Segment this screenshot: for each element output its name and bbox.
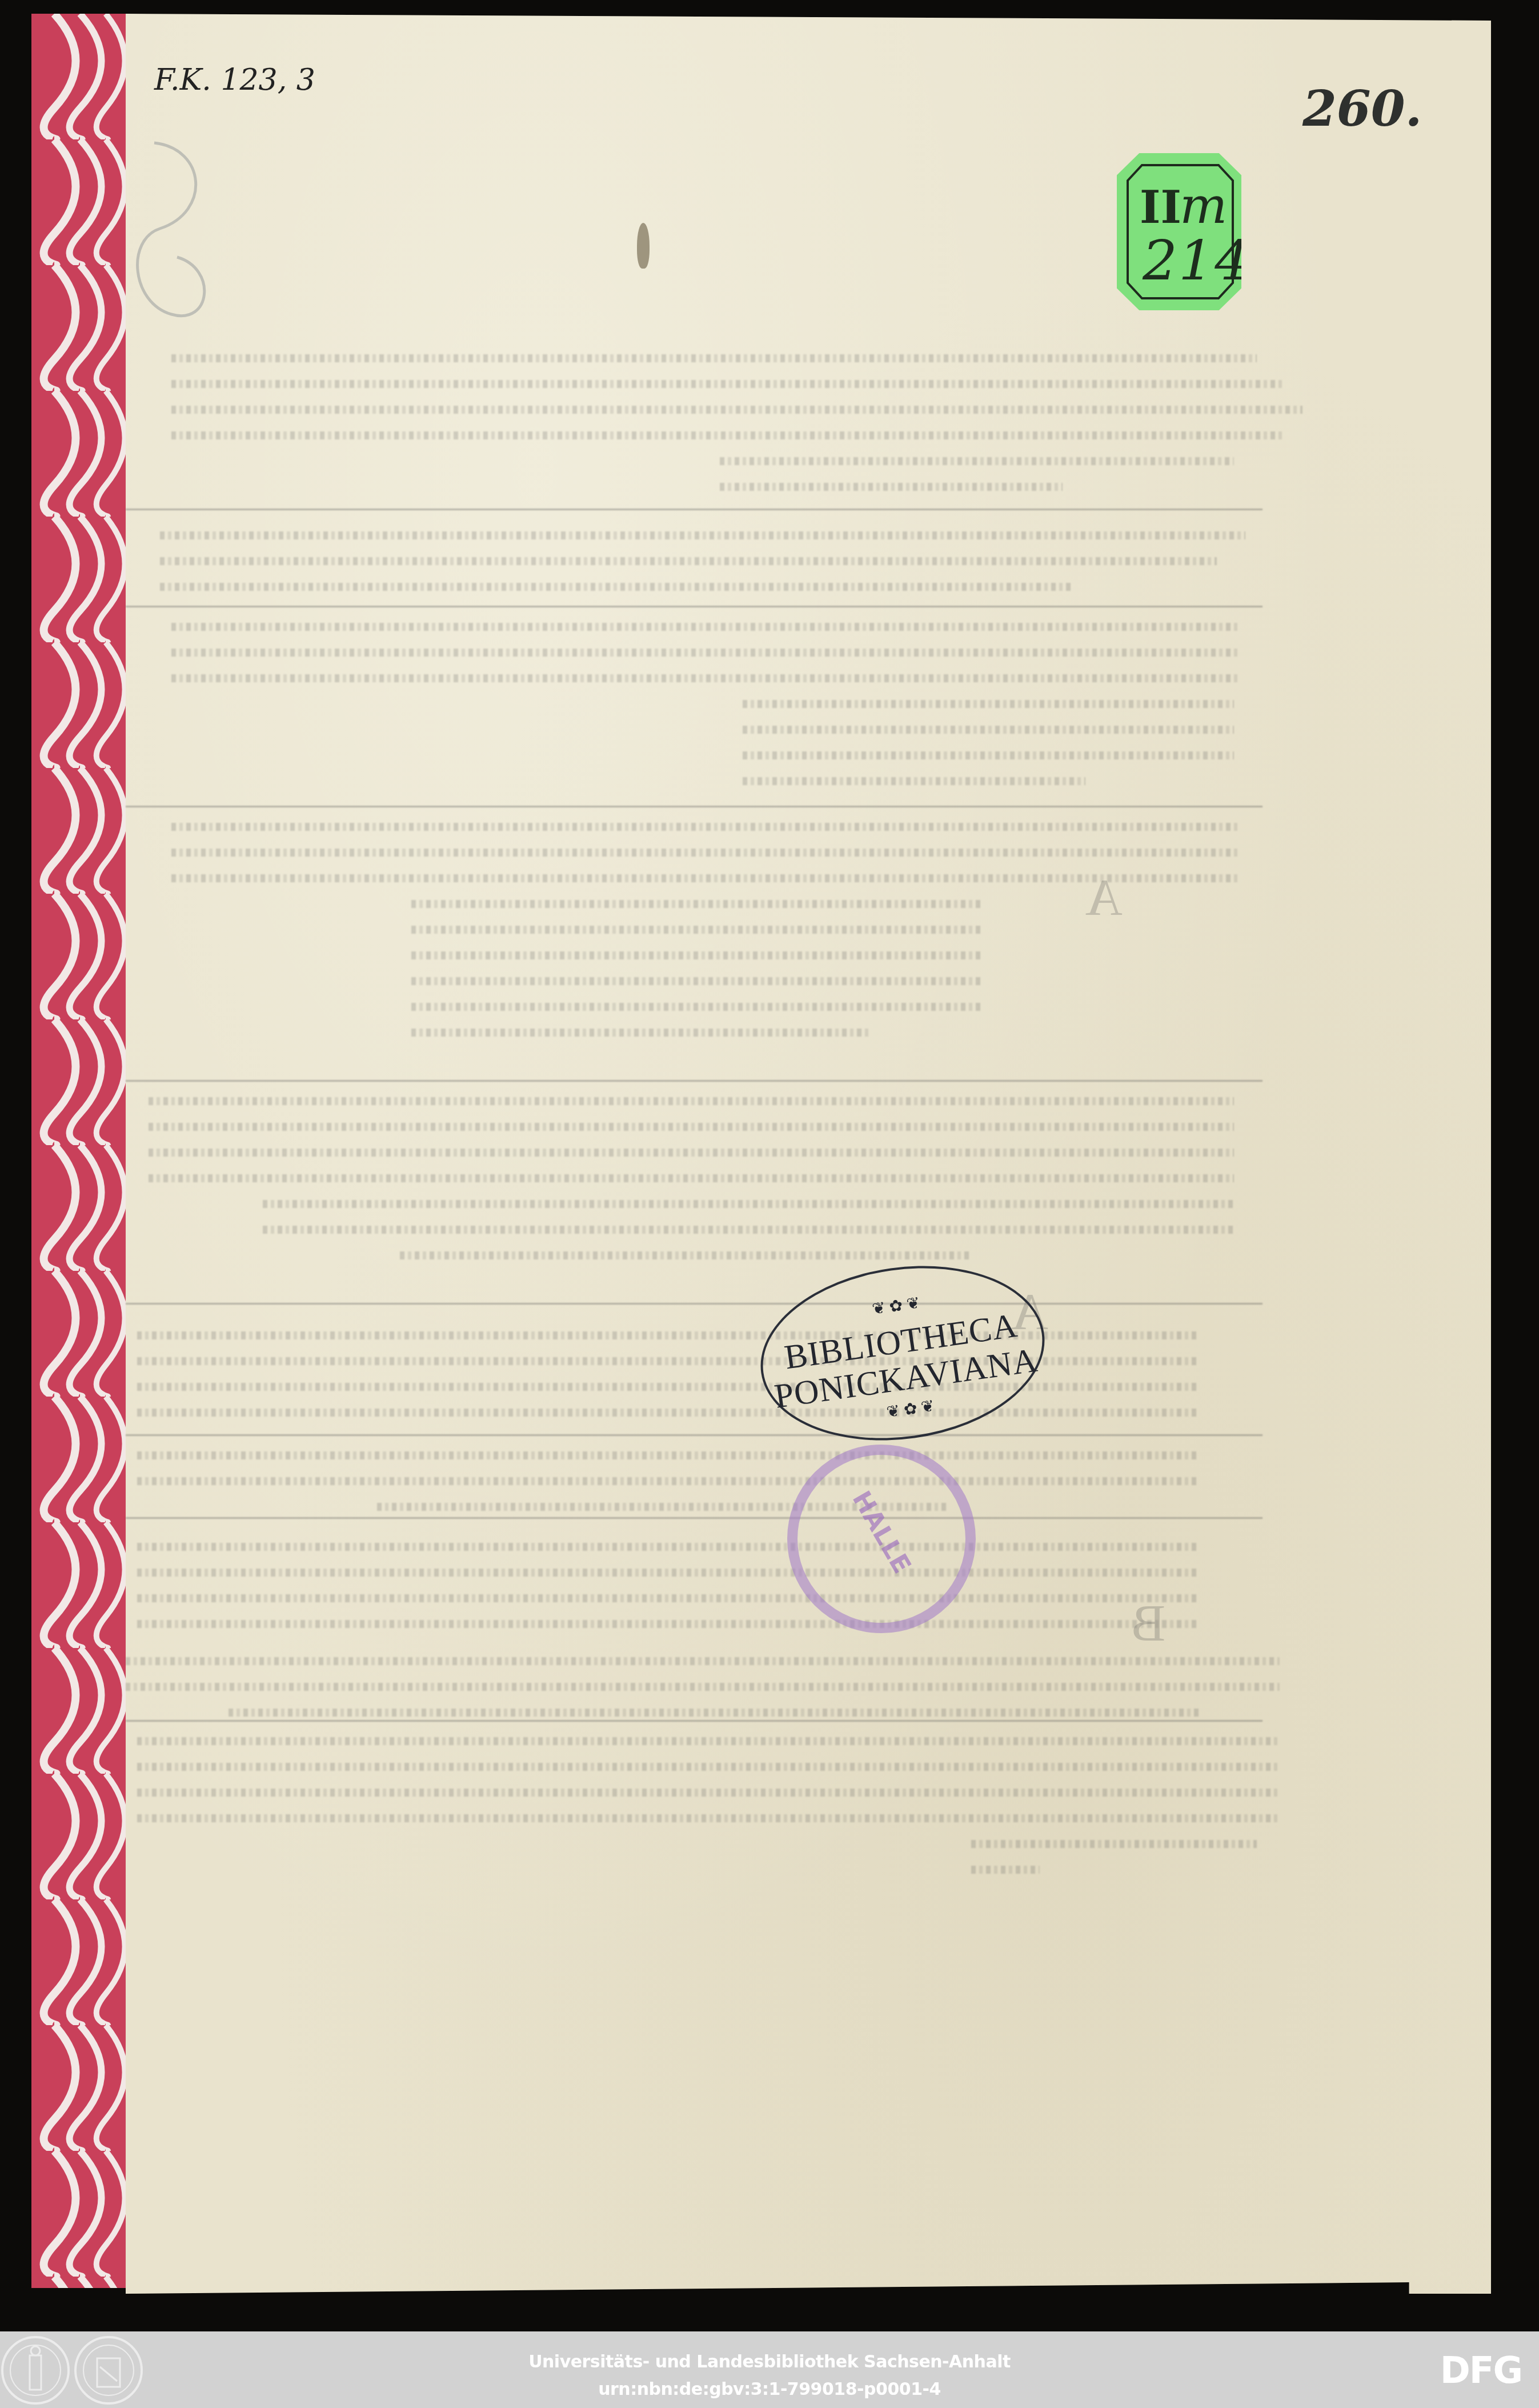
ink-spot bbox=[637, 223, 650, 269]
label-letter: m bbox=[1180, 176, 1227, 235]
label-number: 214 bbox=[1143, 229, 1251, 293]
institution-name: Universitäts- und Landesbibliothek Sachs… bbox=[0, 2352, 1539, 2372]
folio-number: 260. bbox=[1302, 80, 1422, 138]
viewer-footer: Universitäts- und Landesbibliothek Sachs… bbox=[0, 2331, 1539, 2408]
dfg-logo: DFG bbox=[1440, 2350, 1522, 2392]
round-stamp-text: HALLE bbox=[827, 1452, 936, 1612]
marbled-spine bbox=[31, 14, 130, 2288]
shelf-label: II m 214 bbox=[1117, 153, 1241, 310]
ghost-letter: A bbox=[1085, 869, 1123, 927]
ghost-letter: B bbox=[1131, 1594, 1165, 1653]
urn-identifier[interactable]: urn:nbn:de:gbv:3:1-799018-p0001-4 bbox=[0, 2379, 1539, 2399]
label-roman-numeral: II bbox=[1140, 182, 1181, 234]
pencil-swirl-mark-icon bbox=[120, 131, 223, 337]
library-round-stamp: HALLE bbox=[787, 1445, 976, 1633]
shelfmark-annotation: F.K. 123, 3 bbox=[154, 63, 315, 97]
marbling-pattern-icon bbox=[31, 14, 129, 2288]
